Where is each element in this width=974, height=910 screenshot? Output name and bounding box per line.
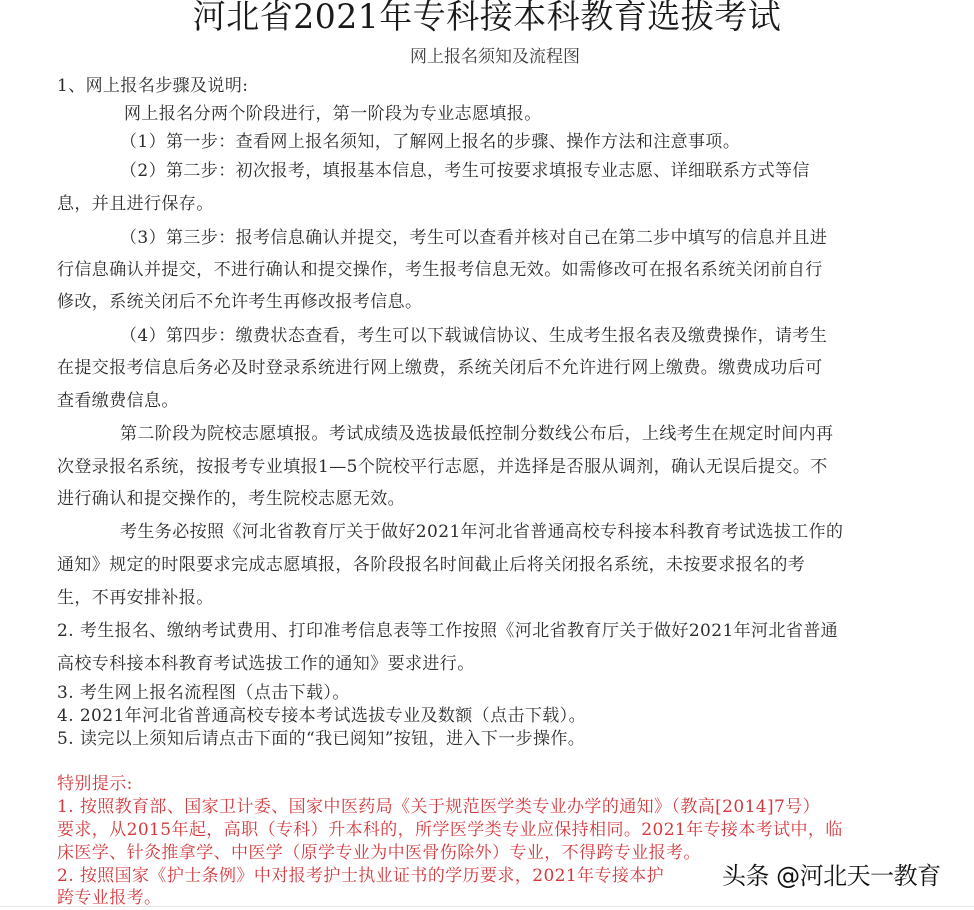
step3-text-line2: 行信息确认并提交，不进行确认和提交操作，考生报考信息无效。如需修改可在报名系统关…: [57, 259, 823, 281]
step4-text-line1: （4）第四步：缴费状态查看，考生可以下载诚信协议、生成考生报名表及缴费操作，请考…: [120, 325, 827, 347]
item2-text-line2: 高校专科接本科教育考试选拔工作的通知》要求进行。: [57, 653, 475, 675]
item5-text: 5. 读完以上须知后请点击下面的“我已阅知”按钮，进入下一步操作。: [57, 728, 585, 750]
item2-text-line1: 2. 考生报名、缴纳考试费用、打印准考信息表等工作按照《河北省教育厅关于做好20…: [57, 620, 838, 642]
step4-text-line3: 查看缴费信息。: [57, 390, 179, 412]
stage2-text-line3: 进行确认和提交操作的，考生院校志愿无效。: [57, 488, 405, 510]
special-notice-heading: 特别提示:: [57, 773, 133, 795]
stage2-text-line2: 次登录报名系统，按报考专业填报1—5个院校平行志愿，并选择是否服从调剂，确认无误…: [57, 456, 828, 478]
step3-text-line3: 修改，系统关闭后不允许考生再修改报考信息。: [57, 291, 422, 313]
step3-text-line1: （3）第三步：报考信息确认并提交，考生可以查看并核对自己在第二步中填写的信息并且…: [120, 227, 827, 249]
stage2-text-line1: 第二阶段为院校志愿填报。考试成绩及选拔最低控制分数线公布后，上线考生在规定时间内…: [120, 423, 833, 445]
notice-document: 河北省2021年专科接本科教育选拔考试 网上报名须知及流程图 1、网上报名步骤及…: [0, 0, 974, 910]
step2-text-line1: （2）第二步：初次报考，填报基本信息，考生可按要求填报专业志愿、详细联系方式等信: [120, 160, 810, 182]
step2-text-line2: 息，并且进行保存。: [57, 193, 214, 215]
special-notice-p1-line3: 床医学、针灸推拿学、中医学（原学专业为中医骨伤除外）专业，不得跨专业报考。: [57, 842, 701, 864]
step1-text: （1）第一步：查看网上报名须知，了解网上报名的步骤、操作方法和注意事项。: [120, 131, 740, 153]
special-notice-p2-line1: 2. 按照国家《护士条例》中对报考护士执业证书的学历要求，2021年专接本护: [57, 865, 664, 887]
step4-text-line2: 在提交报考信息后务必及时登录系统进行网上缴费，系统关闭后不允许进行网上缴费。缴费…: [57, 357, 823, 379]
notice-text-line2: 通知》规定的时限要求完成志愿填报，各阶段报名时间截止后将关闭报名系统，未按要求报…: [57, 554, 805, 576]
document-subtitle: 网上报名须知及流程图: [0, 46, 974, 68]
item3-download-flowchart-link[interactable]: 3. 考生网上报名流程图（点击下载）。: [57, 682, 350, 704]
special-notice-p1-line2: 要求，从2015年起，高职（专科）升本科的，所学医学类专业应保持相同。2021年…: [57, 819, 843, 841]
bottom-divider: [0, 906, 974, 907]
notice-text-line3: 生，不再安排补报。: [57, 587, 214, 609]
document-title: 河北省2021年专科接本科教育选拔考试: [0, 0, 974, 34]
section1-heading: 1、网上报名步骤及说明:: [57, 75, 248, 97]
source-watermark: 头条 @河北天一教育: [722, 861, 941, 891]
special-notice-p1-line1: 1. 按照教育部、国家卫计委、国家中医药局《关于规范医学类专业办学的通知》（教高…: [57, 796, 820, 818]
notice-text-line1: 考生务必按照《河北省教育厅关于做好2021年河北省普通高校专科接本科教育考试选拔…: [120, 521, 843, 543]
section1-intro: 网上报名分两个阶段进行，第一阶段为专业志愿填报。: [124, 103, 542, 125]
item4-download-majors-link[interactable]: 4. 2021年河北省普通高校专接本考试选拔专业及数额（点击下载）。: [57, 705, 586, 727]
